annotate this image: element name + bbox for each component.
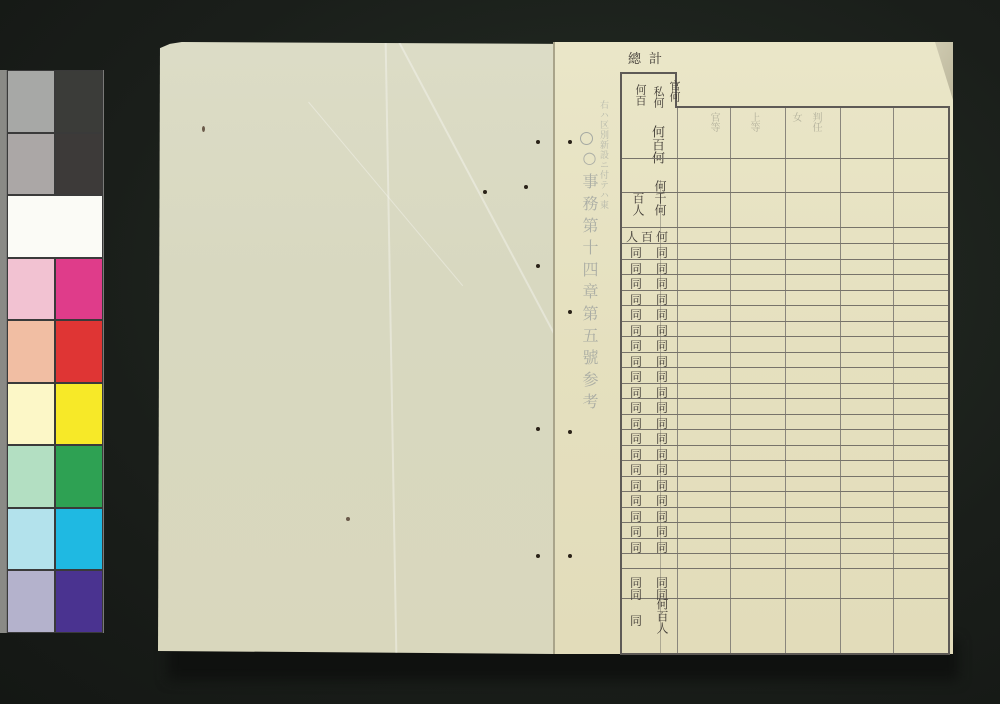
table-row-line xyxy=(622,522,948,523)
strip-edge xyxy=(0,70,6,633)
ditto-mark: 同 xyxy=(656,415,668,432)
table-row-line xyxy=(622,491,948,492)
ditto-mark: 同 xyxy=(656,523,668,540)
table-row-line xyxy=(622,321,948,322)
row-second-b: 何 xyxy=(656,230,671,244)
page-crease xyxy=(385,42,398,654)
ditto-mark: 同 xyxy=(630,461,642,478)
color-patch xyxy=(7,383,55,446)
binding-hole xyxy=(524,185,528,189)
left-page xyxy=(158,42,554,654)
table-row-line xyxy=(622,538,948,539)
faint-header: 判任 xyxy=(810,112,821,132)
table-row-line xyxy=(622,429,948,430)
color-patch xyxy=(7,570,55,633)
binding-hole xyxy=(536,264,540,268)
table-column-line xyxy=(677,108,678,653)
ditto-mark: 同 xyxy=(656,446,668,463)
color-patch xyxy=(55,133,103,196)
ditto-mark: 同 xyxy=(630,322,642,339)
table-row-line xyxy=(622,398,948,399)
ditto-mark: 同 xyxy=(656,539,668,556)
faint-header: 女 xyxy=(790,112,801,122)
ditto-mark: 同 xyxy=(630,430,642,447)
table-row-line xyxy=(622,476,948,477)
table-row-line xyxy=(622,445,948,446)
header-tens: 何百 xyxy=(634,84,646,106)
ditto-mark: 同 xyxy=(630,477,642,494)
stain-mark xyxy=(346,517,350,521)
table-row-line xyxy=(622,367,948,368)
ditto-mark: 同 xyxy=(656,291,668,308)
binding-hole xyxy=(568,430,572,434)
table-row-line xyxy=(622,336,948,337)
ditto-mark: 同 xyxy=(630,415,642,432)
ditto-mark: 同 xyxy=(656,430,668,447)
stain-mark xyxy=(202,126,205,132)
table-row-line xyxy=(622,460,948,461)
faint-header: 官等 xyxy=(708,112,719,132)
color-patch xyxy=(55,570,103,633)
row-label-a: 百人 xyxy=(630,192,647,216)
ditto-mark: 同 xyxy=(630,492,642,509)
table-column-line xyxy=(785,108,786,653)
last-row-b: 何百人 xyxy=(656,598,668,634)
table-row-line xyxy=(622,158,948,159)
table-row-line xyxy=(622,553,948,554)
ditto-mark: 同 xyxy=(630,523,642,540)
color-patch xyxy=(7,445,55,508)
binding-hole xyxy=(536,554,540,558)
header-private: 私何 xyxy=(652,86,664,108)
ditto-mark: 同 xyxy=(656,399,668,416)
ditto-mark: 同 xyxy=(630,368,642,385)
table-row-line xyxy=(622,290,948,291)
ditto-mark: 同 xyxy=(630,446,642,463)
ditto-mark: 同 xyxy=(656,492,668,509)
table-row-line xyxy=(622,568,948,569)
faint-header: 上等 xyxy=(748,112,759,132)
ditto-mark: 同 xyxy=(630,539,642,556)
table-row-line xyxy=(622,274,948,275)
table-frame-top-box xyxy=(620,72,676,74)
ditto-mark: 同 xyxy=(656,337,668,354)
color-patch xyxy=(55,508,103,571)
color-patch xyxy=(55,445,103,508)
table-frame-bottom xyxy=(620,653,950,655)
binding-hole xyxy=(568,310,572,314)
table-row-line xyxy=(622,414,948,415)
ditto-mark: 同 xyxy=(656,306,668,323)
color-patch xyxy=(7,133,55,196)
table-row-line xyxy=(622,383,948,384)
ditto-mark: 同 xyxy=(630,337,642,354)
page-crease-diagonal xyxy=(398,42,564,352)
table-frame-top xyxy=(675,106,950,108)
ditto-mark: 同 xyxy=(656,244,668,261)
ditto-mark: 同 xyxy=(656,275,668,292)
color-patch xyxy=(55,383,103,446)
color-patch xyxy=(7,258,55,321)
binding-hole xyxy=(568,554,572,558)
ditto-mark: 同 xyxy=(656,477,668,494)
color-patch xyxy=(55,320,103,383)
binding-hole xyxy=(568,140,572,144)
margin-small-text: 右ハ区別新設ニ付テハ東 xyxy=(597,100,610,210)
binding-hole xyxy=(536,427,540,431)
row-second-a: 人百 xyxy=(626,230,656,244)
ditto-mark: 同 xyxy=(630,508,642,525)
binding-hole xyxy=(536,140,540,144)
circle-mark xyxy=(580,132,593,145)
ditto-mark: 同 xyxy=(656,260,668,277)
ditto-mark: 同 xyxy=(630,291,642,308)
color-patch xyxy=(7,508,55,571)
ditto-mark: 同 xyxy=(656,461,668,478)
table-title: 總計 xyxy=(628,48,670,67)
ditto-mark: 同 xyxy=(630,586,642,603)
folded-corner xyxy=(935,42,953,100)
table-row-line xyxy=(622,352,948,353)
binding-hole xyxy=(483,190,487,194)
table-column-line xyxy=(730,108,731,653)
ditto-mark: 同 xyxy=(630,244,642,261)
ditto-mark: 同 xyxy=(630,353,642,370)
table-row-line xyxy=(622,598,948,599)
color-patch xyxy=(7,70,55,133)
color-patch xyxy=(7,320,55,383)
ditto-mark: 同 xyxy=(656,368,668,385)
ditto-mark: 同 xyxy=(656,508,668,525)
ditto-mark: 同 xyxy=(630,260,642,277)
color-patch xyxy=(55,258,103,321)
header-official: 官何 xyxy=(668,80,680,102)
ditto-mark: 同 xyxy=(656,353,668,370)
table-frame-right xyxy=(948,106,950,655)
ditto-mark: 同 xyxy=(656,384,668,401)
ditto-mark: 同 xyxy=(656,322,668,339)
ditto-mark: 同 xyxy=(630,306,642,323)
ditto-mark: 同 xyxy=(630,275,642,292)
color-patch xyxy=(7,195,103,258)
color-patch xyxy=(55,70,103,133)
table-column-line xyxy=(893,108,894,653)
table-row-line xyxy=(622,507,948,508)
ditto-mark: 同 xyxy=(630,399,642,416)
table-row-line xyxy=(622,305,948,306)
row-label-second: 人百何 xyxy=(626,228,671,245)
table-row-line xyxy=(622,192,948,193)
color-calibration-strip xyxy=(0,70,104,633)
table-row-line xyxy=(622,259,948,260)
row-label-b: 何千何 xyxy=(654,180,666,216)
table-column-line xyxy=(840,108,841,653)
last-row-a: 同 xyxy=(630,612,642,629)
ditto-mark: 同 xyxy=(630,384,642,401)
